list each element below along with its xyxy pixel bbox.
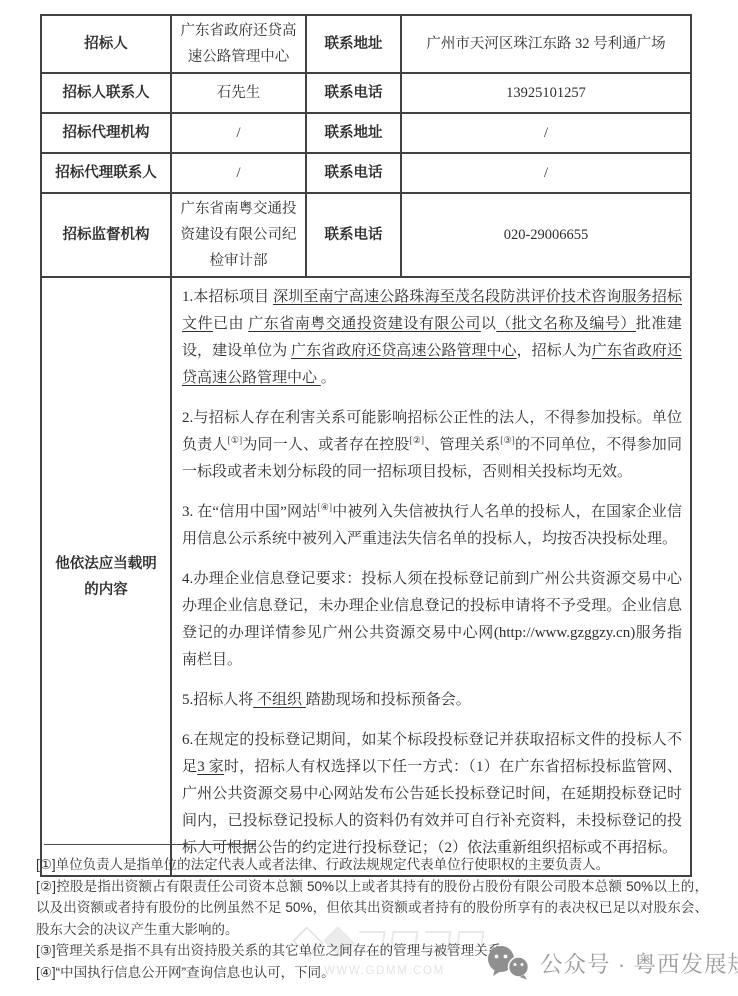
notice-paragraph: 5.招标人将 不组织 踏勘现场和投标预备会。 (182, 687, 682, 714)
footnote-item: [①]单位负责人是指单位的法定代表人或者法律、行政法规规定代表单位行使职权的主要… (36, 854, 708, 876)
row-label2: 联系电话 (306, 153, 401, 193)
notice-paragraph: 6.在规定的投标登记期间，如某个标段投标登记并获取招标文件的投标人不足3 家时，… (182, 727, 682, 862)
notice-paragraph: 2.与招标人存在利害关系可能影响招标公正性的法人，不得参加投标。单位负责人[①]… (182, 405, 682, 486)
row-value: / (171, 113, 306, 153)
table-row-tenderer-contact: 招标人联系人 石先生 联系电话 13925101257 (41, 73, 691, 113)
row-label2: 联系地址 (306, 15, 401, 73)
notice-label: 他依法应当载明的内容 (41, 277, 171, 876)
row-value2: 13925101257 (401, 73, 691, 113)
row-label: 招标代理联系人 (41, 153, 171, 193)
row-value2: 020-29006655 (401, 193, 691, 277)
wechat-icon (487, 946, 531, 980)
row-label2: 联系电话 (306, 73, 401, 113)
row-value: / (171, 153, 306, 193)
row-value2: / (401, 153, 691, 193)
table-row-agency-contact: 招标代理联系人 / 联系电话 / (41, 153, 691, 193)
notice-paragraph: 3. 在“信用中国”网站[④]中被列入失信被执行人名单的投标人，在国家企业信用信… (182, 499, 682, 553)
footnote-separator (44, 844, 256, 845)
row-label: 招标人 (41, 15, 171, 73)
wechat-account-label: 公众号 · 粤西发展规划 (540, 947, 738, 979)
row-label2: 联系电话 (306, 193, 401, 277)
footnote-item: [②]控股是指出资额占有限责任公司资本总额 50%以上或者其持有的股份占股份有限… (36, 876, 708, 941)
row-label: 招标监督机构 (41, 193, 171, 277)
row-value: 石先生 (171, 73, 306, 113)
table-row-tenderer: 招标人 广东省政府还贷高速公路管理中心 联系地址 广州市天河区珠江东路 32 号… (41, 15, 691, 73)
table-row-notice: 他依法应当载明的内容 1.本招标项目 深圳至南宁高速公路珠海至茂名段防洪评价技术… (41, 277, 691, 876)
tender-info-table: 招标人 广东省政府还贷高速公路管理中心 联系地址 广州市天河区珠江东路 32 号… (40, 14, 692, 877)
notice-paragraph: 1.本招标项目 深圳至南宁高速公路珠海至茂名段防洪评价技术咨询服务招标文件已由 … (182, 284, 682, 392)
notice-cell: 1.本招标项目 深圳至南宁高速公路珠海至茂名段防洪评价技术咨询服务招标文件已由 … (171, 277, 691, 876)
row-label: 招标人联系人 (41, 73, 171, 113)
row-value: 广东省政府还贷高速公路管理中心 (171, 15, 306, 73)
wechat-badge: 公众号 · 粤西发展规划 (487, 946, 738, 980)
table-row-agency: 招标代理机构 / 联系地址 / (41, 113, 691, 153)
notice-paragraph: 4.办理企业信息登记要求：投标人须在投标登记前到广州公共资源交易中心办理企业信息… (182, 566, 682, 674)
row-label2: 联系地址 (306, 113, 401, 153)
row-value2: / (401, 113, 691, 153)
row-value: 广东省南粤交通投资建设有限公司纪检审计部 (171, 193, 306, 277)
row-label: 招标代理机构 (41, 113, 171, 153)
row-value2: 广州市天河区珠江东路 32 号利通广场 (401, 15, 691, 73)
document-page: 招标人 广东省政府还贷高速公路管理中心 联系地址 广州市天河区珠江东路 32 号… (0, 0, 738, 996)
table-row-supervisor: 招标监督机构 广东省南粤交通投资建设有限公司纪检审计部 联系电话 020-290… (41, 193, 691, 277)
notice-paragraphs: 1.本招标项目 深圳至南宁高速公路珠海至茂名段防洪评价技术咨询服务招标文件已由 … (182, 284, 682, 862)
